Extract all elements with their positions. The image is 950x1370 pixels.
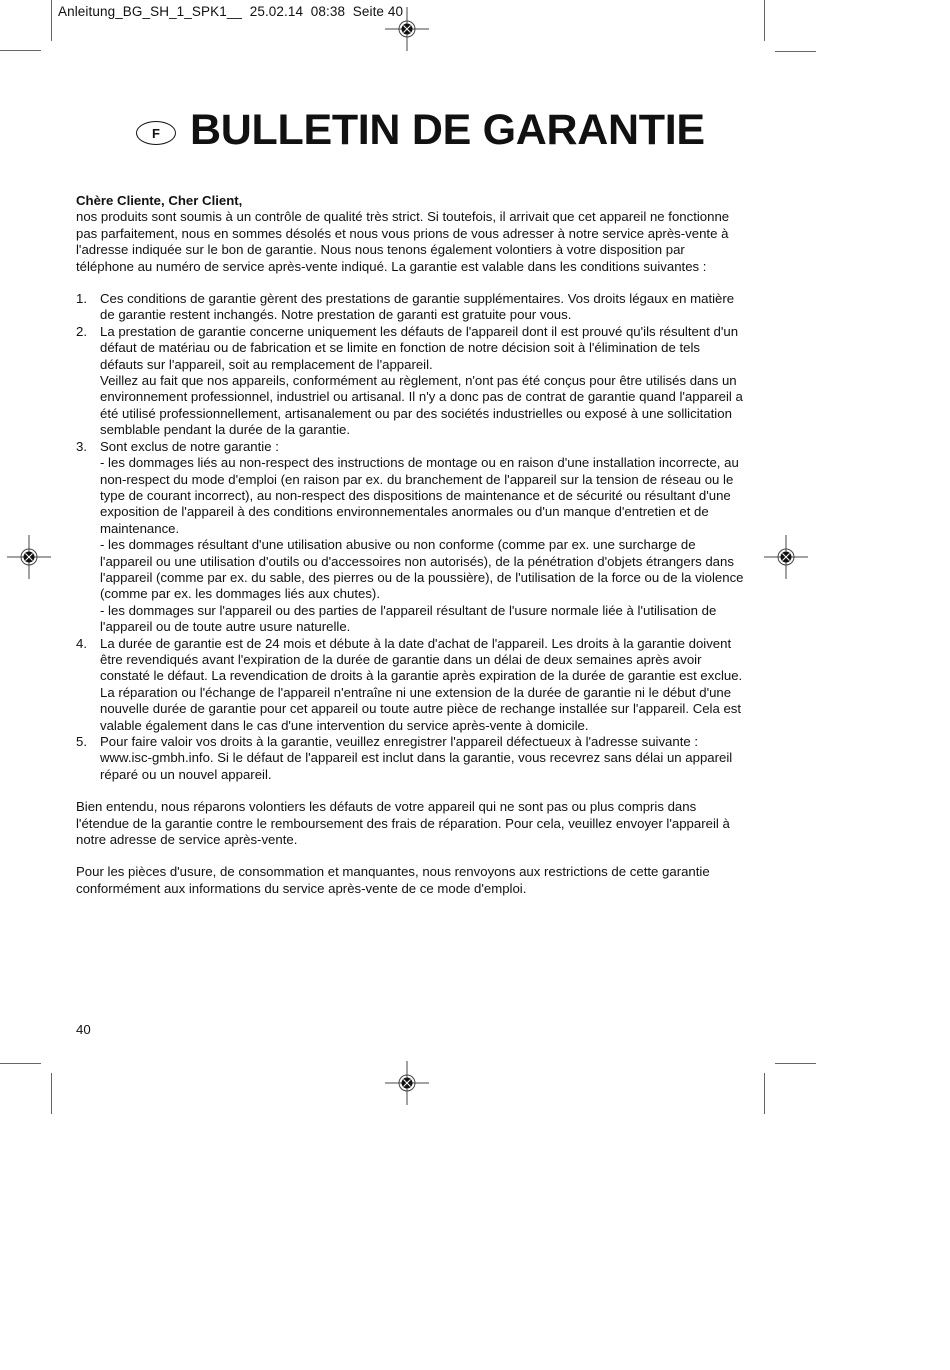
page-number: 40 [76,1022,91,1037]
closing-paragraph: Pour les pièces d'usure, de consommation… [76,864,746,897]
condition-number: 5. [76,734,87,750]
intro-paragraph: nos produits sont soumis à un contrôle d… [76,209,746,275]
crop-mark-bottom-right-horizontal [775,1063,816,1064]
condition-text: Ces conditions de garantie gèrent des pr… [100,291,746,324]
condition-text: - les dommages liés au non-respect des i… [100,455,746,537]
crop-mark-top-left-horizontal [0,50,41,51]
condition-number: 4. [76,636,87,652]
document-body: Chère Cliente, Cher Client, nos produits… [76,193,746,897]
greeting: Chère Cliente, Cher Client, [76,193,746,209]
condition-item: 2. La prestation de garantie concerne un… [76,324,746,439]
registration-mark-icon [385,1061,429,1105]
crop-mark-top-left-vertical [51,0,52,41]
condition-text: - les dommages sur l'appareil ou des par… [100,603,746,636]
condition-text: La prestation de garantie concerne uniqu… [100,324,746,373]
condition-number: 3. [76,439,87,455]
condition-text: - les dommages résultant d'une utilisati… [100,537,746,603]
condition-item: 3. Sont exclus de notre garantie : - les… [76,439,746,636]
print-slug-line: Anleitung_BG_SH_1_SPK1__ 25.02.14 08:38 … [58,4,403,19]
condition-item: 5. Pour faire valoir vos droits à la gar… [76,734,746,783]
condition-text: Pour faire valoir vos droits à la garant… [100,734,746,783]
page-title: BULLETIN DE GARANTIE [190,104,705,156]
condition-item: 4. La durée de garantie est de 24 mois e… [76,636,746,734]
condition-text: Sont exclus de notre garantie : [100,439,746,455]
closing-paragraph: Bien entendu, nous réparons volontiers l… [76,799,746,848]
condition-number: 2. [76,324,87,340]
condition-number: 1. [76,291,87,307]
registration-mark-icon [7,535,51,579]
registration-mark-icon [764,535,808,579]
page-header: F BULLETIN DE GARANTIE [136,104,705,156]
crop-mark-bottom-right-vertical [764,1073,765,1114]
condition-text: La durée de garantie est de 24 mois et d… [100,636,746,734]
conditions-list: 1. Ces conditions de garantie gèrent des… [76,291,746,783]
crop-mark-top-right-horizontal [775,51,816,52]
crop-mark-bottom-left-horizontal [0,1063,41,1064]
crop-mark-top-right-vertical [764,0,765,41]
language-badge: F [136,121,176,145]
condition-item: 1. Ces conditions de garantie gèrent des… [76,291,746,324]
crop-mark-bottom-left-vertical [51,1073,52,1114]
condition-text: Veillez au fait que nos appareils, confo… [100,373,746,439]
